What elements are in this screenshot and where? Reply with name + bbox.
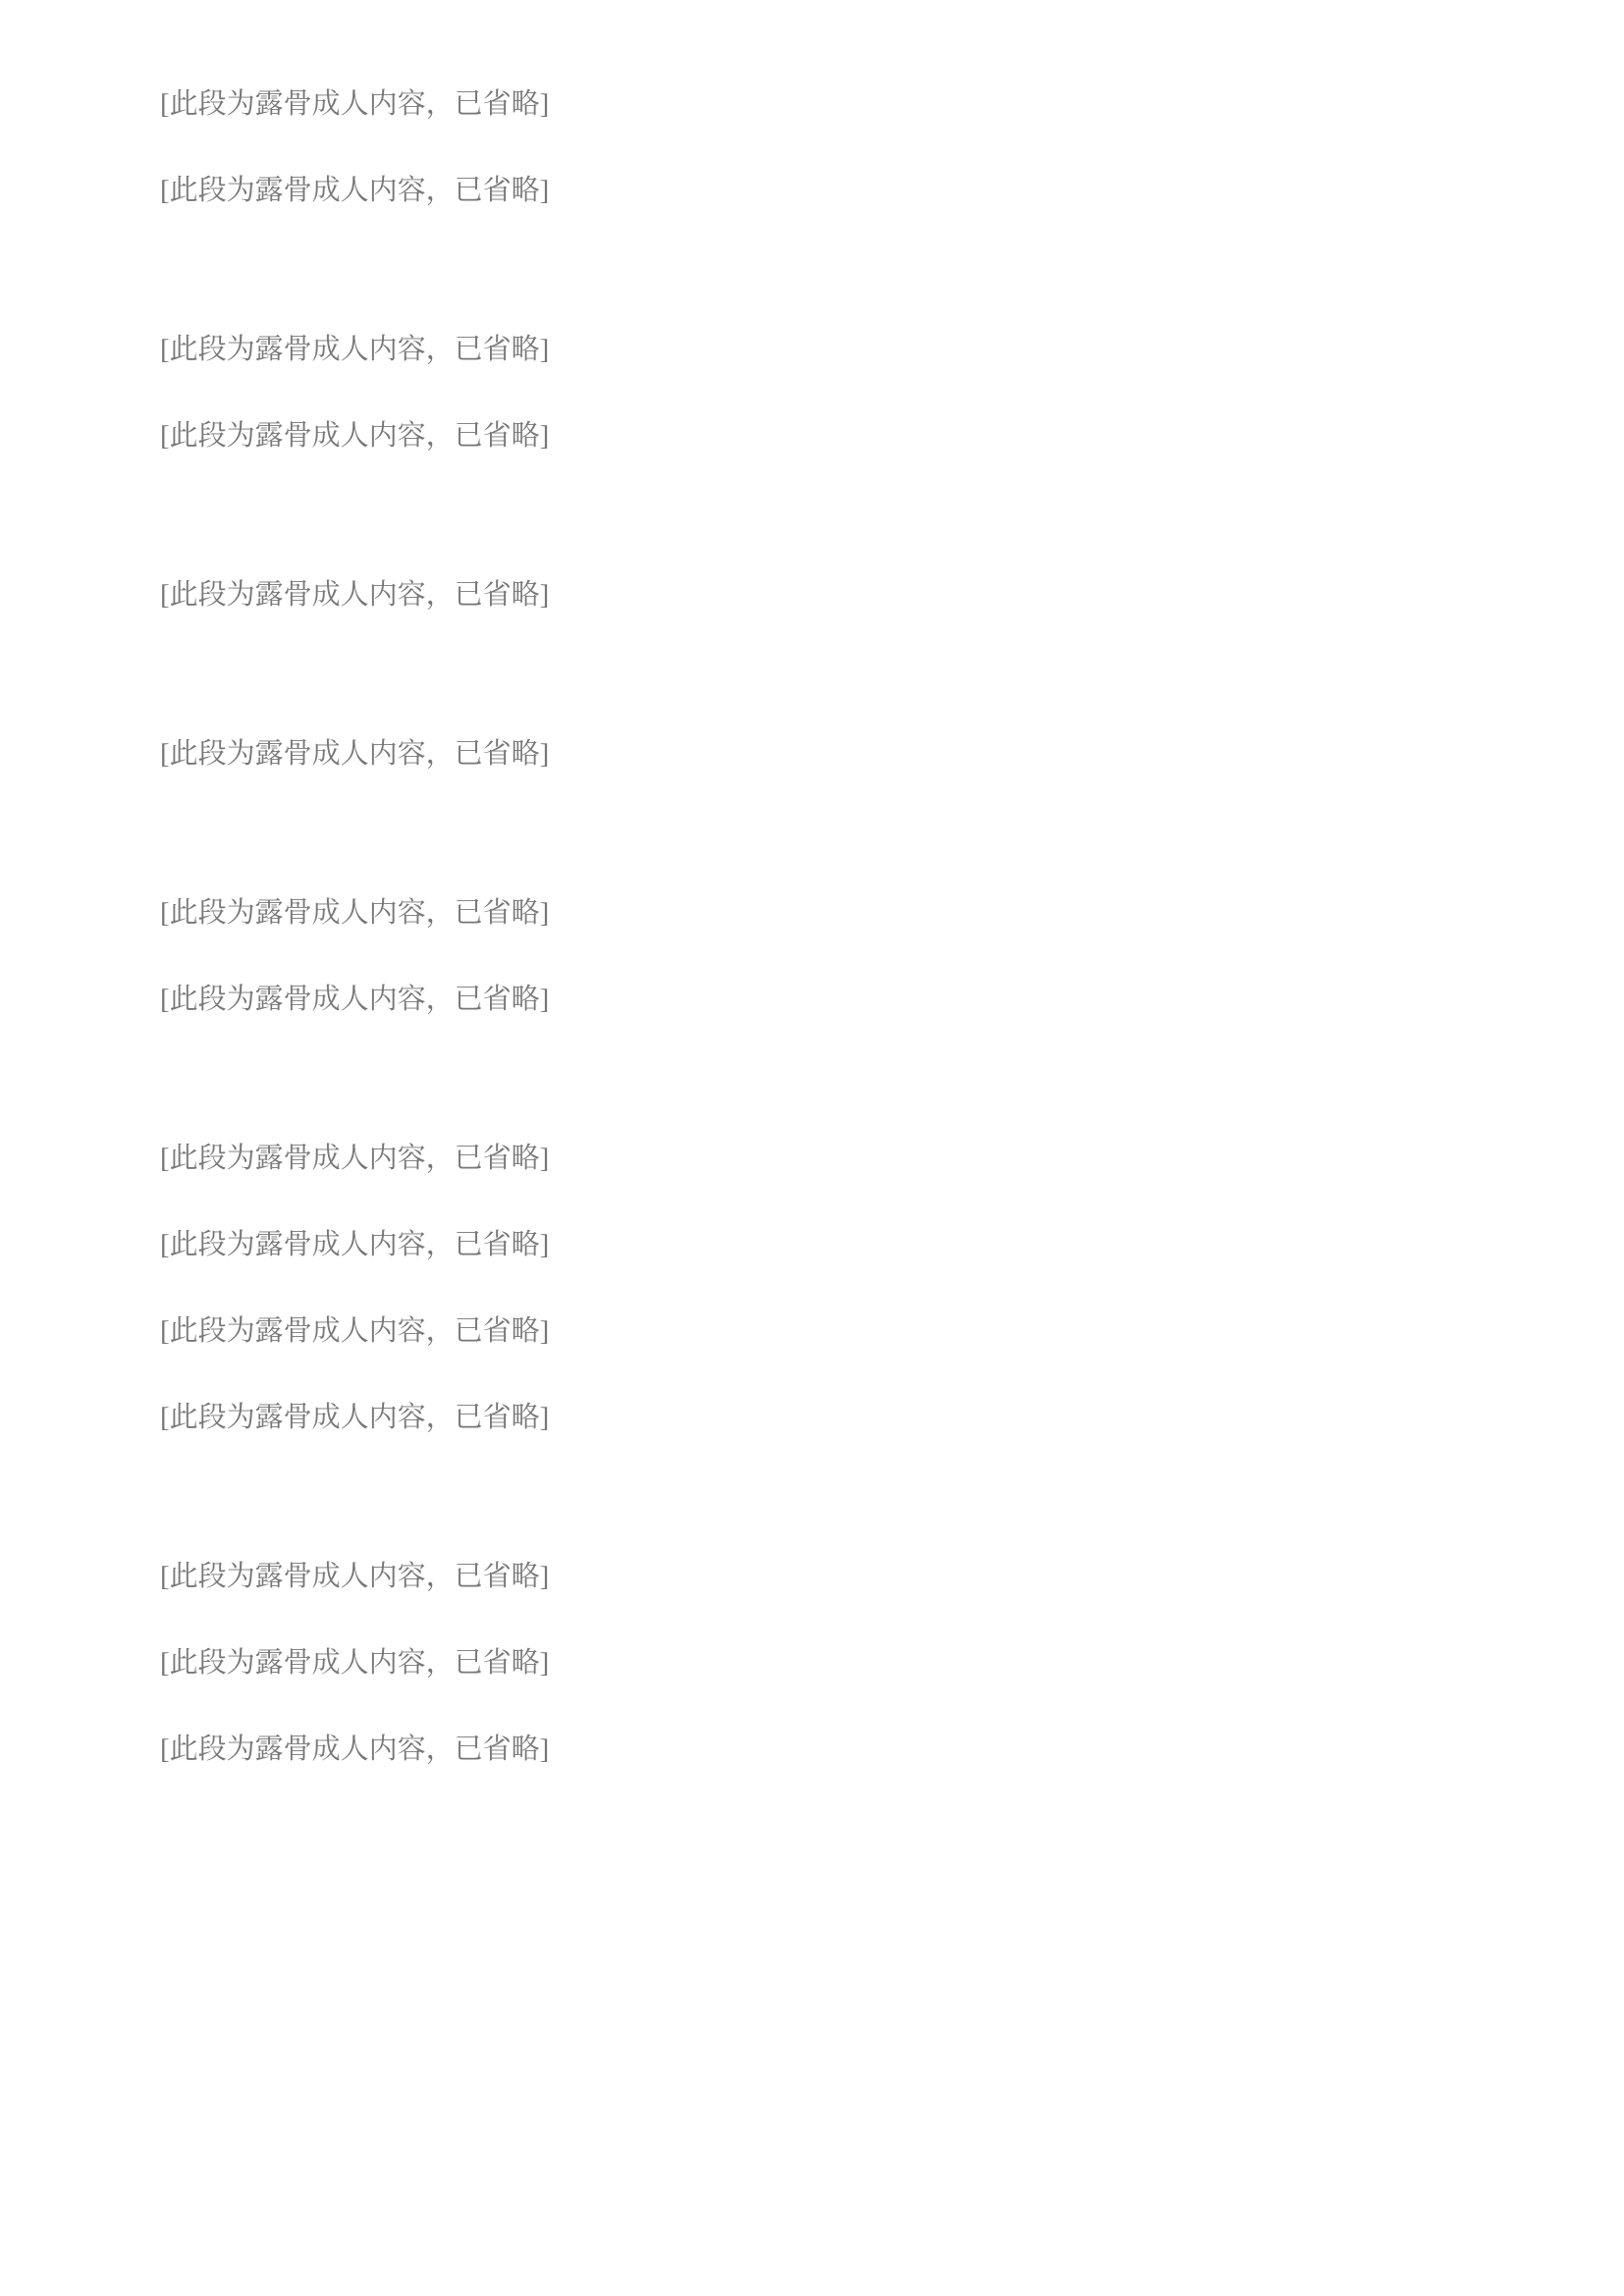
paragraph: [此段为露骨成人内容，已省略] [103,1541,1521,1614]
paragraph: [此段为露骨成人内容，已省略] [103,155,1521,300]
paragraph: [此段为露骨成人内容，已省略] [103,314,1521,387]
paragraph: [此段为露骨成人内容，已省略] [103,400,1521,546]
paragraph: [此段为露骨成人内容，已省略] [103,1123,1521,1196]
paragraph: [此段为露骨成人内容，已省略] [103,719,1521,864]
paragraph: [此段为露骨成人内容，已省略] [103,878,1521,950]
paragraph: [此段为露骨成人内容，已省略] [103,69,1521,141]
paragraph: [此段为露骨成人内容，已省略] [103,560,1521,705]
paragraph: [此段为露骨成人内容，已省略] [103,1382,1521,1527]
paragraph: [此段为露骨成人内容，已省略] [103,1628,1521,1700]
paragraph: [此段为露骨成人内容，已省略] [103,1714,1521,1787]
paragraph: [此段为露骨成人内容，已省略] [103,1209,1521,1282]
paragraph: [此段为露骨成人内容，已省略] [103,1296,1521,1368]
document-page: [此段为露骨成人内容，已省略][此段为露骨成人内容，已省略][此段为露骨成人内容… [0,0,1624,2296]
paragraph: [此段为露骨成人内容，已省略] [103,964,1521,1109]
document-body: [此段为露骨成人内容，已省略][此段为露骨成人内容，已省略][此段为露骨成人内容… [103,69,1521,1787]
